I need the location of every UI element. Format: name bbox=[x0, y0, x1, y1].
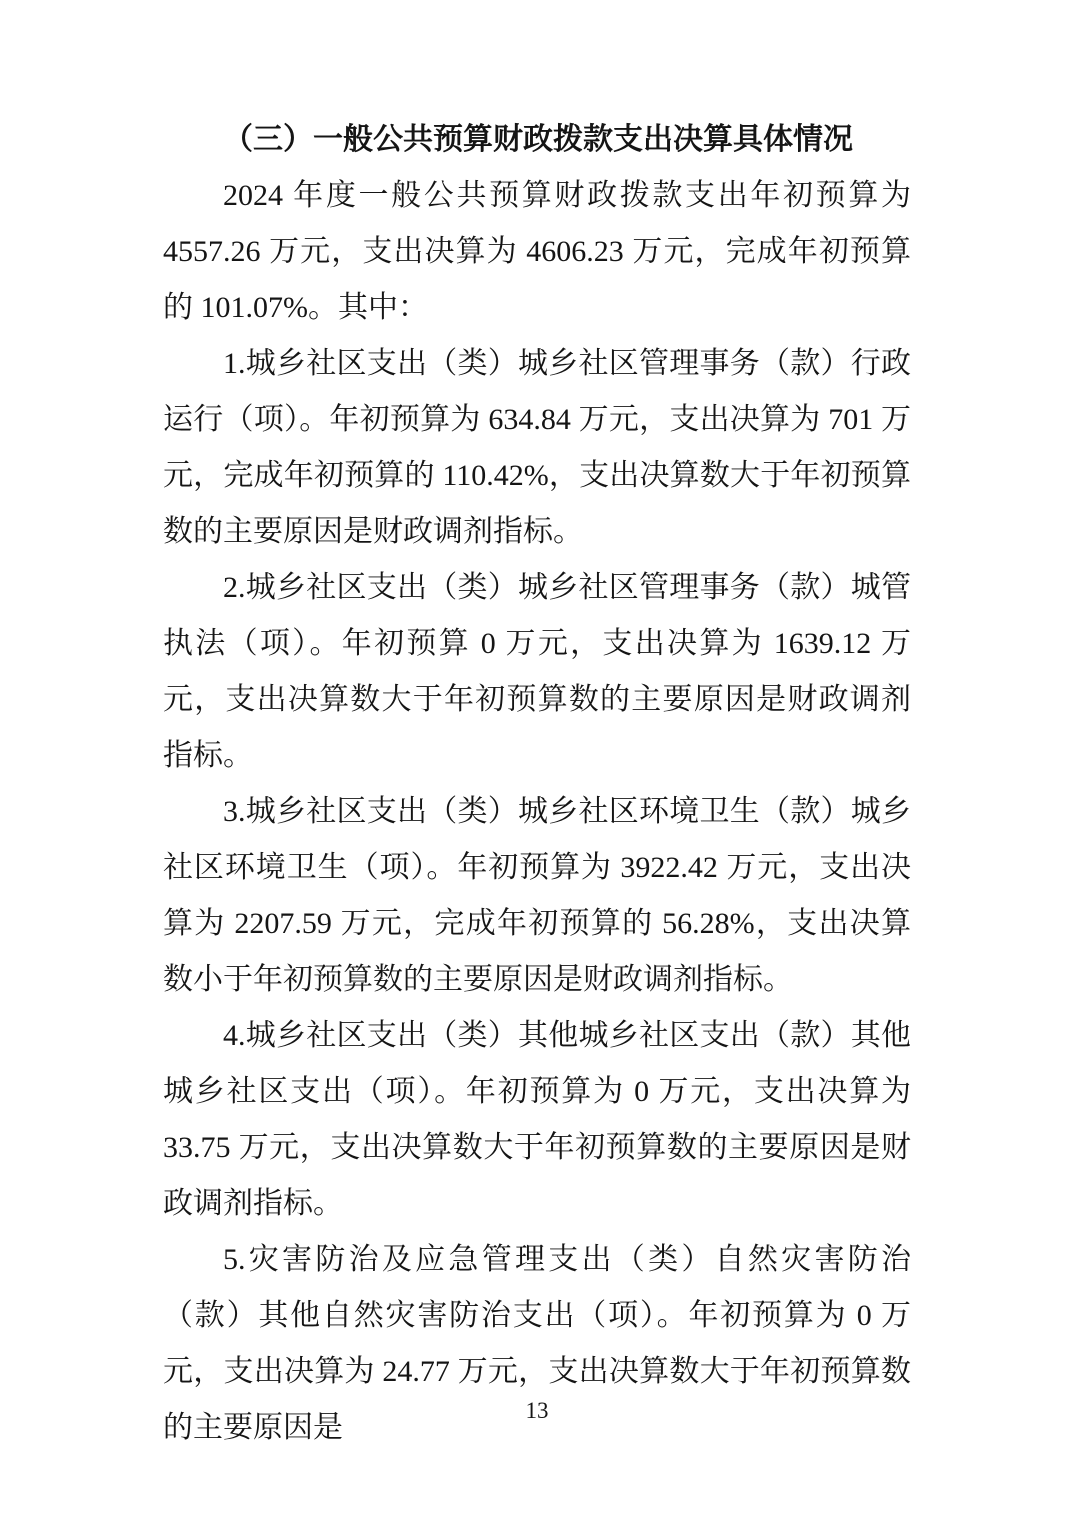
document-page: （三）一般公共预算财政拨款支出决算具体情况 2024 年度一般公共预算财政拨款支… bbox=[0, 0, 1074, 1520]
paragraph-summary: 2024 年度一般公共预算财政拨款支出年初预算为 4557.26 万元，支出决算… bbox=[163, 168, 911, 336]
paragraph-item-4: 4.城乡社区支出（类）其他城乡社区支出（款）其他城乡社区支出（项）。年初预算为 … bbox=[163, 1008, 911, 1232]
paragraph-item-2: 2.城乡社区支出（类）城乡社区管理事务（款）城管执法（项）。年初预算 0 万元，… bbox=[163, 560, 911, 784]
paragraph-item-3: 3.城乡社区支出（类）城乡社区环境卫生（款）城乡社区环境卫生（项）。年初预算为 … bbox=[163, 784, 911, 1008]
page-number: 13 bbox=[0, 1398, 1074, 1424]
document-content: （三）一般公共预算财政拨款支出决算具体情况 2024 年度一般公共预算财政拨款支… bbox=[163, 112, 911, 1456]
section-heading: （三）一般公共预算财政拨款支出决算具体情况 bbox=[163, 112, 911, 168]
paragraph-item-1: 1.城乡社区支出（类）城乡社区管理事务（款）行政运行（项）。年初预算为 634.… bbox=[163, 336, 911, 560]
